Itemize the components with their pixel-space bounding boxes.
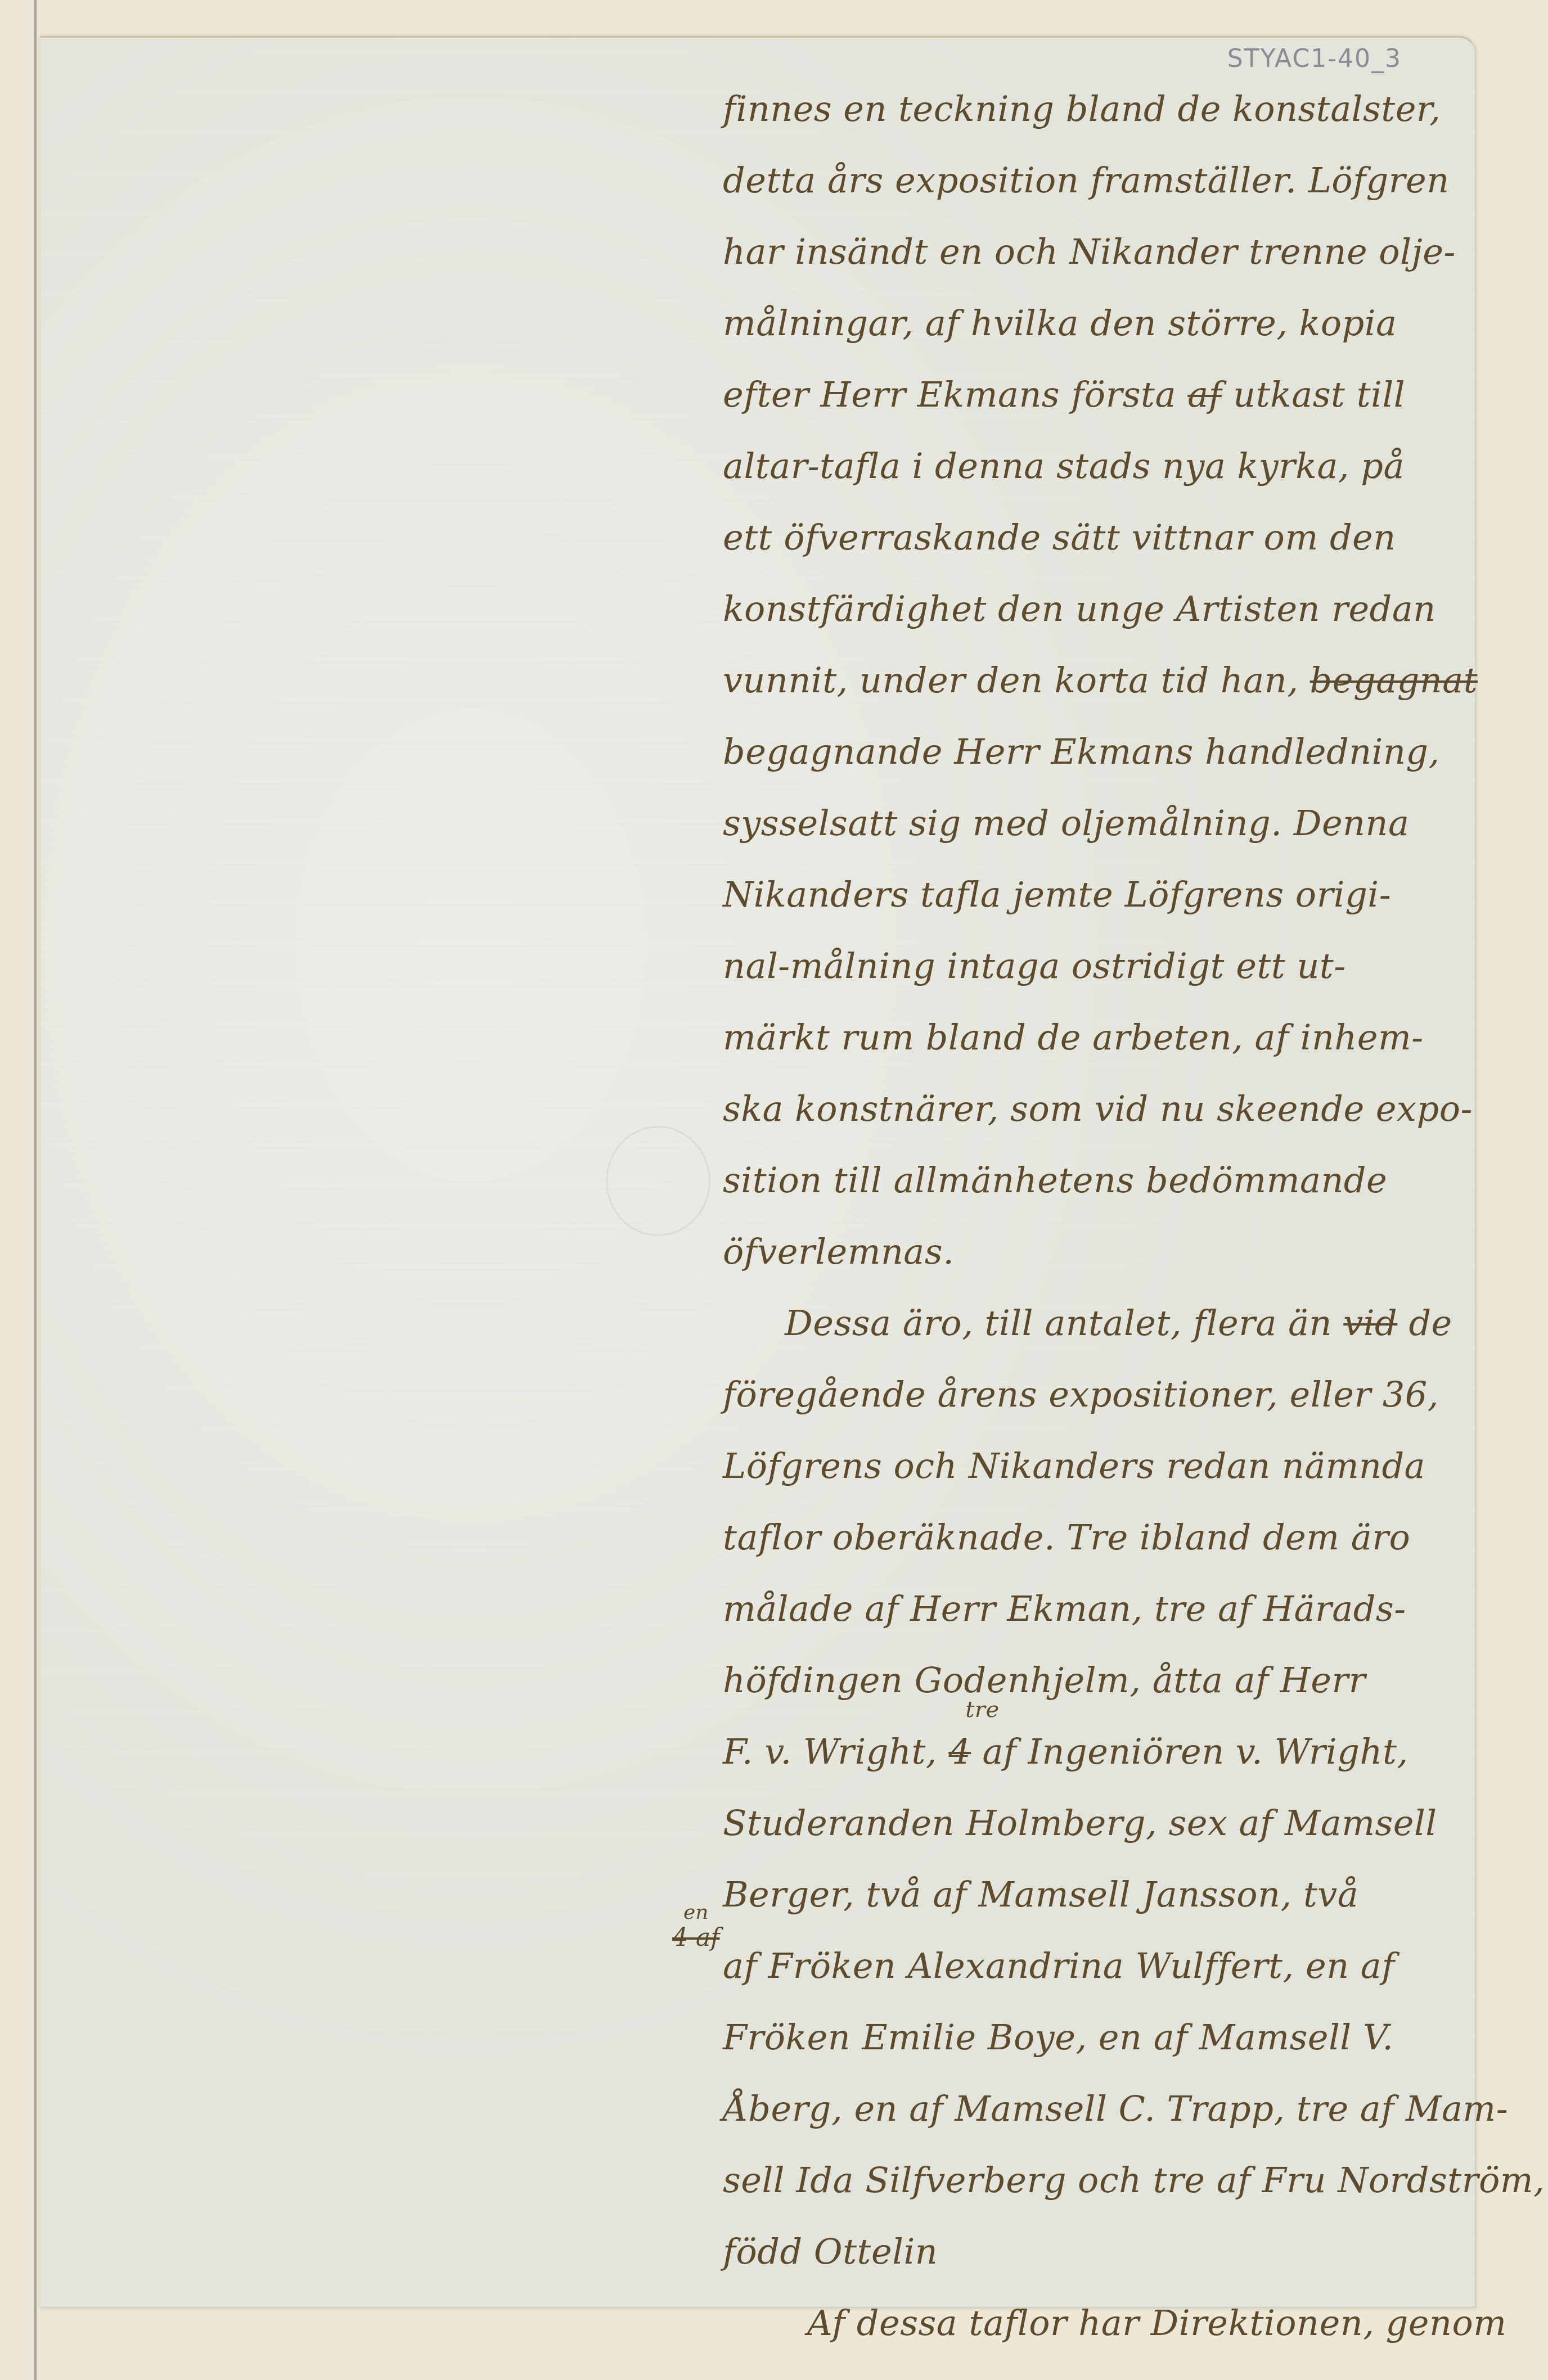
text-line-11: sysselsatt sig med oljemålning. Denna: [723, 787, 1409, 859]
margin-note-struck: 4 af: [672, 1923, 720, 1952]
text-fragment: de: [1397, 1302, 1452, 1344]
text-line-30: sell Ida Silfverberg och tre af Fru Nord…: [723, 2144, 1409, 2216]
catalog-id-label: STYAC1-40_3: [1227, 44, 1402, 73]
text-line-1: finnes en teckning bland de konstalster,: [723, 73, 1409, 145]
text-line-19: föregående årens expositioner, eller 36,: [723, 1359, 1409, 1430]
text-fragment: Dessa äro, till antalet, flera än: [785, 1302, 1343, 1344]
text-line-5: efter Herr Ekmans första af utkast till: [723, 359, 1409, 430]
text-fragment: af Ingeniören v. Wright,: [971, 1731, 1408, 1772]
text-line-14: märkt rum bland de arbeten, af inhem-: [723, 1002, 1409, 1073]
text-line-31: född Ottelin: [723, 2216, 1409, 2287]
text-line-12: Nikanders tafla jemte Löfgrens origi-: [723, 859, 1409, 930]
text-line-26: Berger, två af Mamsell Jansson, två: [723, 1859, 1409, 1930]
mount-edge: [34, 0, 37, 2380]
text-line-17: öfverlemnas.: [723, 1216, 1409, 1287]
text-fragment: efter Herr Ekmans första: [723, 374, 1187, 415]
text-fragment: F. v. Wright,: [723, 1731, 948, 1772]
text-line-8: konstfärdighet den unge Artisten redan: [723, 573, 1409, 644]
text-line-2: detta års exposition framställer. Löfgre…: [723, 145, 1409, 216]
text-line-13: nal-målning intaga ostridigt ett ut-: [723, 930, 1409, 1002]
struck-word: af: [1187, 374, 1222, 415]
text-line-27: af Fröken Alexandrina Wulffert, en af: [723, 1930, 1409, 2002]
struck-word: 4: [948, 1731, 971, 1772]
text-line-22: målade af Herr Ekman, tre af Härads-: [723, 1573, 1409, 1644]
text-line-3: har insändt en och Nikander trenne olje-: [723, 216, 1409, 287]
inserted-word: tre: [965, 1698, 999, 1721]
text-line-32: Af dessa taflor har Direktionen, genom: [723, 2287, 1409, 2359]
text-line-15: ska konstnärer, som vid nu skeende expo-: [723, 1073, 1409, 1144]
handwritten-text: finnes en teckning bland de konstalster,…: [723, 73, 1409, 2359]
text-fragment: vunnit, under den korta tid han,: [723, 660, 1310, 701]
margin-insertion: en 4 af: [672, 1923, 720, 1952]
text-line-6: altar-tafla i denna stads nya kyrka, på: [723, 430, 1409, 502]
text-line-10: begagnande Herr Ekmans handledning,: [723, 716, 1409, 787]
text-line-16: sition till allmänhetens bedömmande: [723, 1144, 1409, 1216]
text-line-18: Dessa äro, till antalet, flera än vid de: [723, 1287, 1409, 1359]
margin-note-word: en: [683, 1901, 709, 1924]
text-line-29: Åberg, en af Mamsell C. Trapp, tre af Ma…: [723, 2073, 1409, 2144]
text-line-21: taflor oberäknade. Tre ibland dem äro: [723, 1502, 1409, 1573]
text-fragment: utkast till: [1222, 374, 1405, 415]
text-line-9: vunnit, under den korta tid han, begagna…: [723, 644, 1409, 716]
text-line-23: höfdingen Godenhjelm, åtta af Herr: [723, 1644, 1409, 1716]
struck-word: vid: [1343, 1302, 1397, 1344]
text-line-25: Studeranden Holmberg, sex af Mamsell: [723, 1787, 1409, 1859]
text-line-28: Fröken Emilie Boye, en af Mamsell V.: [723, 2002, 1409, 2073]
text-line-4: målningar, af hvilka den större, kopia: [723, 287, 1409, 359]
text-line-7: ett öfverraskande sätt vittnar om den: [723, 502, 1409, 573]
text-line-20: Löfgrens och Nikanders redan nämnda: [723, 1430, 1409, 1502]
seal-impression: [606, 1126, 710, 1236]
struck-word: begagnat: [1310, 660, 1478, 701]
insertion: tre4: [948, 1731, 971, 1772]
text-line-24: F. v. Wright, tre4 af Ingeniören v. Wrig…: [723, 1716, 1409, 1787]
